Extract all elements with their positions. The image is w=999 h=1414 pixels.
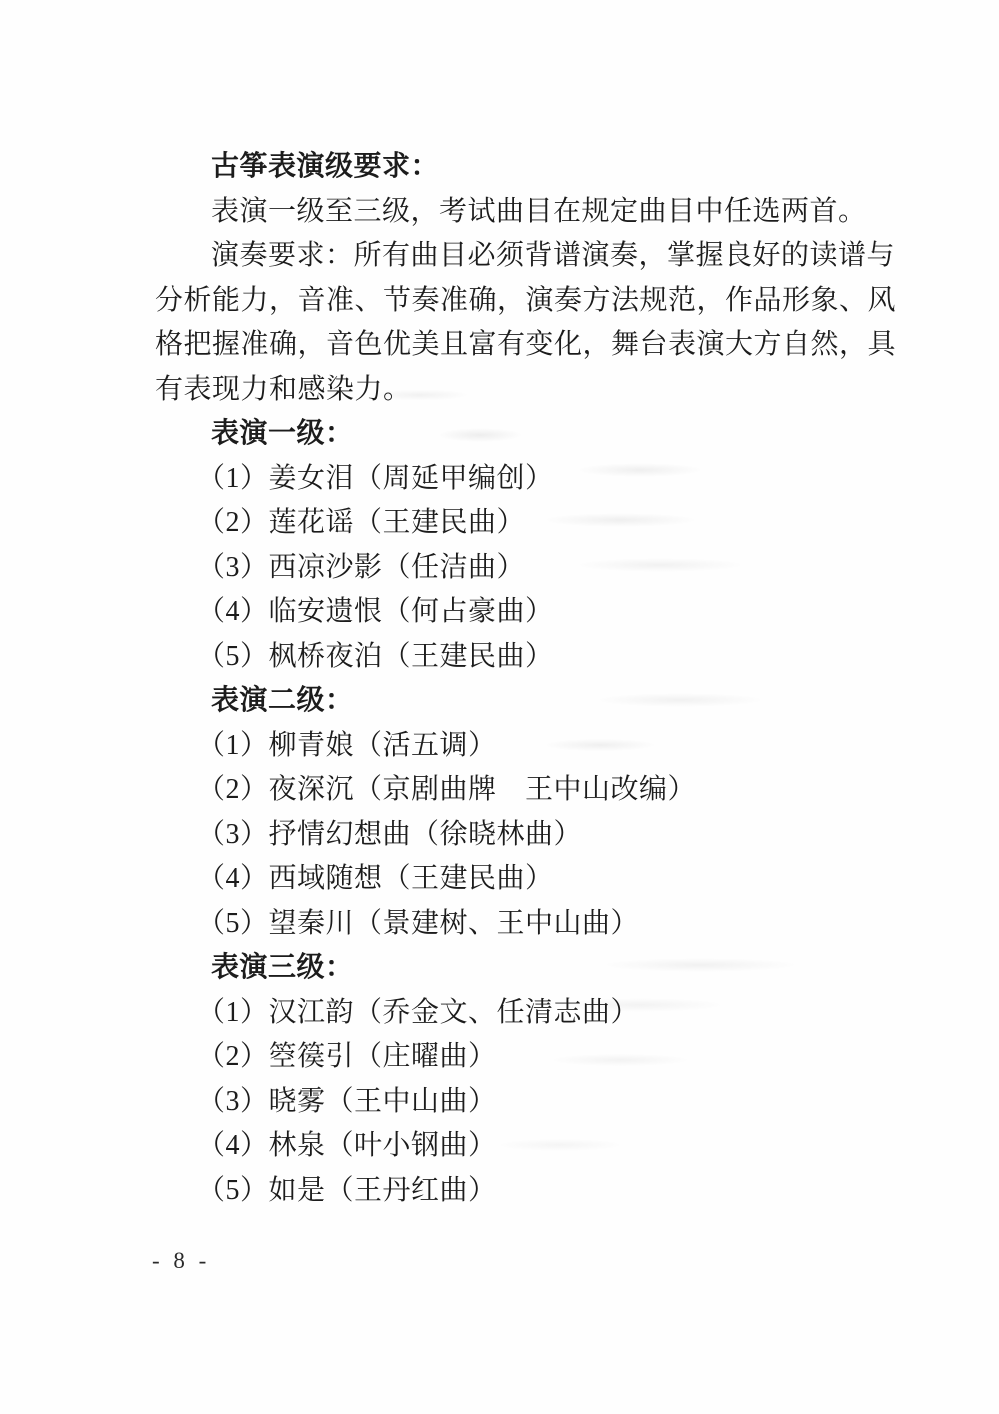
- repertoire-item: （3）晓雾（王中山曲）: [155, 1080, 845, 1125]
- page-number: - 8 -: [152, 1248, 210, 1274]
- repertoire-item: （3）西凉沙影（任洁曲）: [155, 546, 845, 591]
- repertoire-item: （1）汉江韵（乔金文、任清志曲）: [155, 991, 845, 1036]
- repertoire-item: （4）临安遗恨（何占豪曲）: [155, 590, 845, 635]
- scanned-document-page: 古筝表演级要求： 表演一级至三级，考试曲目在规定曲目中任选两首。 演奏要求：所有…: [0, 0, 999, 1414]
- repertoire-item: （2）夜深沉（京剧曲牌 王中山改编）: [155, 768, 845, 813]
- repertoire-item: （5）如是（王丹红曲）: [155, 1169, 845, 1214]
- main-heading: 古筝表演级要求：: [155, 145, 845, 190]
- repertoire-item: （4）林泉（叶小钢曲）: [155, 1124, 845, 1169]
- repertoire-item: （1）姜女泪（周延甲编创）: [155, 457, 845, 502]
- requirements-line-4: 有表现力和感染力。: [155, 368, 845, 413]
- section-title-level-3: 表演三级：: [155, 946, 845, 991]
- repertoire-item: （5）枫桥夜泊（王建民曲）: [155, 635, 845, 680]
- document-content: 古筝表演级要求： 表演一级至三级，考试曲目在规定曲目中任选两首。 演奏要求：所有…: [155, 145, 845, 1213]
- requirements-line-2: 分析能力，音准、节奏准确，演奏方法规范，作品形象、风: [155, 279, 845, 324]
- section-title-level-2: 表演二级：: [155, 679, 845, 724]
- section-title-level-1: 表演一级：: [155, 412, 845, 457]
- repertoire-item: （2）莲花谣（王建民曲）: [155, 501, 845, 546]
- requirements-line-1: 演奏要求：所有曲目必须背谱演奏，掌握良好的读谱与: [155, 234, 845, 279]
- repertoire-item: （1）柳青娘（活五调）: [155, 724, 845, 769]
- intro-line: 表演一级至三级，考试曲目在规定曲目中任选两首。: [155, 190, 845, 235]
- repertoire-item: （3）抒情幻想曲（徐晓林曲）: [155, 813, 845, 858]
- repertoire-item: （2）箜篌引（庄曜曲）: [155, 1035, 845, 1080]
- repertoire-item: （4）西域随想（王建民曲）: [155, 857, 845, 902]
- requirements-line-3: 格把握准确，音色优美且富有变化，舞台表演大方自然，具: [155, 323, 845, 368]
- repertoire-item: （5）望秦川（景建树、王中山曲）: [155, 902, 845, 947]
